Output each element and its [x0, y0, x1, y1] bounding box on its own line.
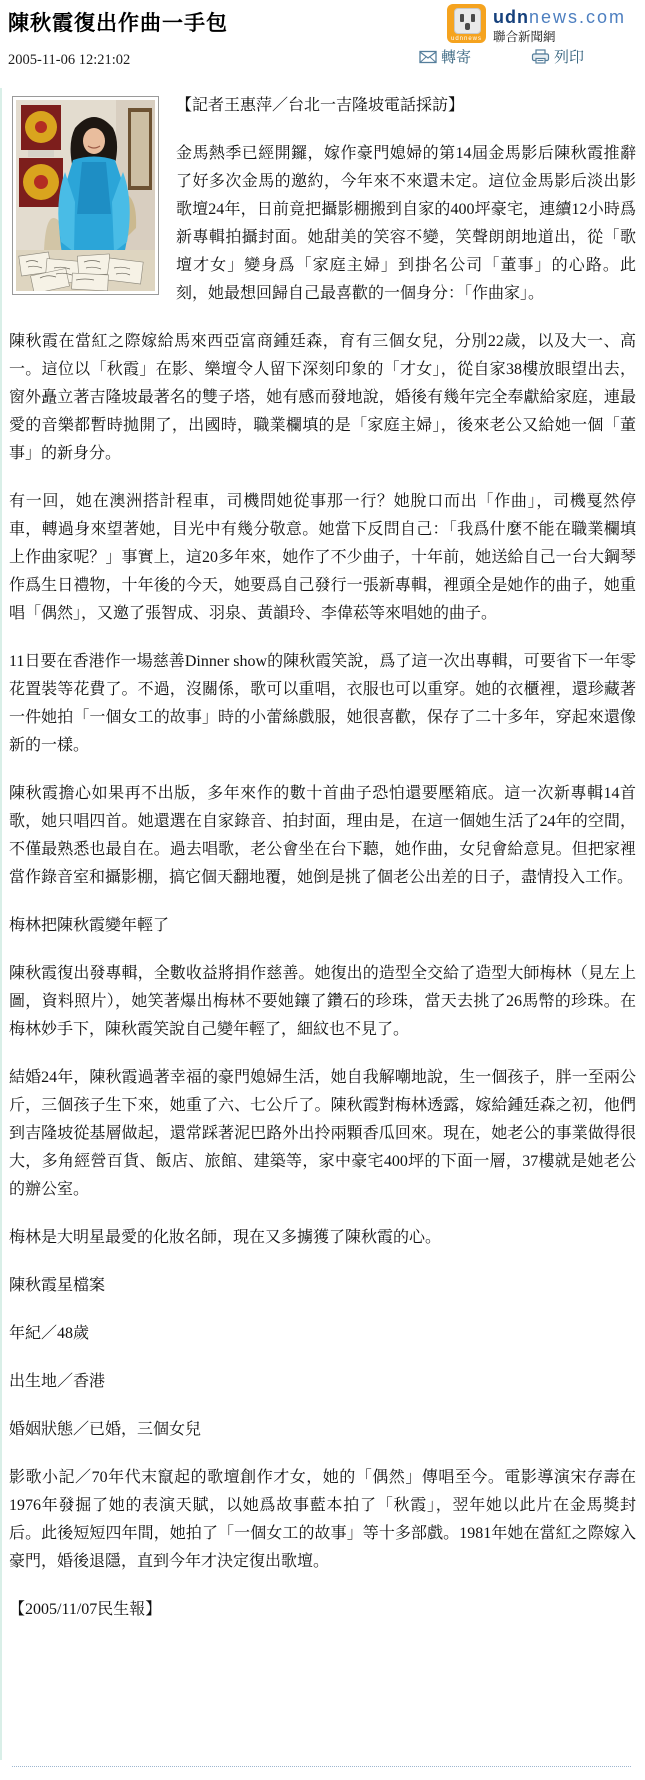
paragraph: 有一回，她在澳洲搭計程車，司機問她從事那一行？她脫口而出「作曲」，司機戛然停車，…: [9, 488, 636, 628]
subheading-meilin: 梅林把陳秋霞變年輕了: [9, 912, 636, 940]
brand-site-name: 聯合新聞網: [493, 31, 626, 45]
bottom-dotted-divider: [12, 1766, 631, 1767]
print-button[interactable]: 列印: [531, 46, 584, 67]
profile-heading: 陳秋霞星檔案: [9, 1272, 636, 1300]
article-photo-image: [16, 100, 155, 291]
source-line: 【2005/11/07民生報】: [9, 1596, 636, 1624]
article-header: 陳秋霞復出作曲一手包 2005-11-06 12:21:02 udnnews u…: [0, 0, 645, 84]
brand-name-newscom: news.com: [529, 7, 626, 27]
article-toolbar: 轉寄 列印: [419, 46, 584, 67]
page-left-border: [0, 88, 2, 1760]
article-body: 【記者王惠萍／台北一吉隆坡電話採訪】 金馬熱季已經開鑼，嫁作豪門媳婦的第14屆金…: [0, 92, 645, 1624]
profile-bio: 影歌小記／70年代末竄起的歌壇創作才女，她的「偶然」傳唱至今。電影導演宋存壽在1…: [9, 1464, 636, 1576]
paragraph: 陳秋霞擔心如果再不出版，多年來作的數十首曲子恐怕還要壓箱底。這一次新專輯14首歌…: [9, 780, 636, 892]
brand-name: udnnews.com: [493, 8, 626, 28]
profile-birthplace: 出生地／香港: [9, 1368, 636, 1396]
print-label: 列印: [554, 46, 584, 67]
paragraph: 陳秋霞在當紅之際嫁給馬來西亞富商鍾廷森，育有三個女兒，分別22歲，以及大一、高一…: [9, 328, 636, 468]
paragraph: 結婚24年，陳秋霞過著幸福的豪門媳婦生活，她自我解嘲地說，生一個孩子，胖一至兩公…: [9, 1064, 636, 1204]
publish-datetime: 2005-11-06 12:21:02: [8, 52, 130, 69]
brand-name-udn: udn: [493, 7, 529, 27]
paragraph: 陳秋霞復出發專輯，全數收益將捐作慈善。她復出的造型全交給了造型大師梅林（見左上圖…: [9, 960, 636, 1044]
udn-logo-mini-text: udnnews: [447, 36, 486, 42]
printer-icon: [531, 49, 551, 64]
profile-age: 年紀／48歲: [9, 1320, 636, 1348]
forward-button[interactable]: 轉寄: [419, 46, 471, 67]
udn-logo-icon: udnnews: [447, 4, 486, 43]
udn-logo[interactable]: udnnews udnnews.com 聯合新聞網: [447, 4, 626, 45]
paragraph: 11日要在香港作一場慈善Dinner show的陳秋霞笑說，爲了這一次出專輯，可…: [9, 648, 636, 760]
paragraph: 梅林是大明星最愛的化妝名師，現在又多擄獲了陳秋霞的心。: [9, 1224, 636, 1252]
profile-marital-status: 婚姻狀態／已婚，三個女兒: [9, 1416, 636, 1444]
envelope-icon: [419, 50, 438, 64]
forward-label: 轉寄: [441, 46, 471, 67]
article-photo: [12, 96, 159, 295]
